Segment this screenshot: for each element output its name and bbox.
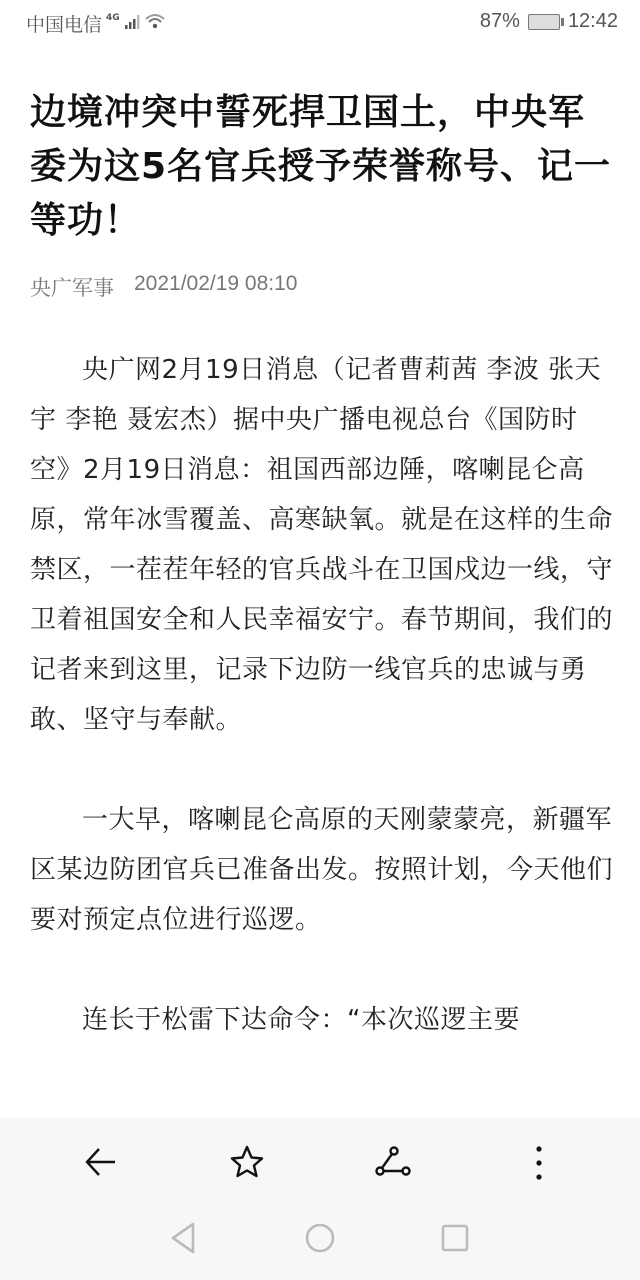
- article-datetime: 2021/02/19 08:10: [134, 272, 298, 302]
- more-button[interactable]: [517, 1140, 561, 1184]
- more-vertical-icon: [519, 1142, 559, 1182]
- system-home-button[interactable]: [300, 1218, 340, 1258]
- article-paragraph: 连长于松雷下达命令：“本次巡逻主要: [30, 995, 615, 1045]
- article-paragraph: 央广网2月19日消息（记者曹莉茜 李波 张天宇 李艳 聂宏杰）据中央广播电视总台…: [30, 345, 615, 745]
- wifi-icon: [144, 12, 166, 35]
- system-back-button[interactable]: [163, 1218, 203, 1258]
- square-recents-icon: [440, 1223, 470, 1253]
- triangle-back-icon: [168, 1221, 198, 1255]
- signal-icon: [124, 13, 140, 35]
- status-bar: 中国电信 4G 87% 12:42: [0, 0, 640, 44]
- star-icon: [227, 1142, 267, 1182]
- status-left: 中国电信 4G: [26, 10, 166, 37]
- arrow-left-icon: [81, 1142, 121, 1182]
- carrier-label: 中国电信: [26, 10, 102, 37]
- favorite-button[interactable]: [225, 1140, 269, 1184]
- status-right: 87% 12:42: [480, 10, 618, 33]
- article: 边境冲突中誓死捍卫国土，中央军委为这5名官兵授予荣誉称号、记一等功！ 央广军事 …: [30, 86, 615, 1045]
- circle-home-icon: [303, 1221, 337, 1255]
- article-paragraph: 一大早，喀喇昆仑高原的天刚蒙蒙亮，新疆军区某边防团官兵已准备出发。按照计划，今天…: [30, 795, 615, 945]
- share-button[interactable]: [370, 1140, 414, 1184]
- clock: 12:42: [568, 10, 618, 33]
- battery-percent: 87%: [480, 10, 520, 33]
- share-icon: [372, 1142, 412, 1182]
- bottom-toolbar: [0, 1118, 640, 1280]
- article-meta: 央广军事 2021/02/19 08:10: [30, 272, 615, 302]
- article-source[interactable]: 央广军事: [30, 272, 114, 302]
- system-recents-button[interactable]: [435, 1218, 475, 1258]
- back-button[interactable]: [79, 1140, 123, 1184]
- battery-charging-icon: [528, 14, 560, 30]
- network-type: 4G: [106, 13, 120, 23]
- article-title: 边境冲突中誓死捍卫国土，中央军委为这5名官兵授予荣誉称号、记一等功！: [30, 86, 615, 248]
